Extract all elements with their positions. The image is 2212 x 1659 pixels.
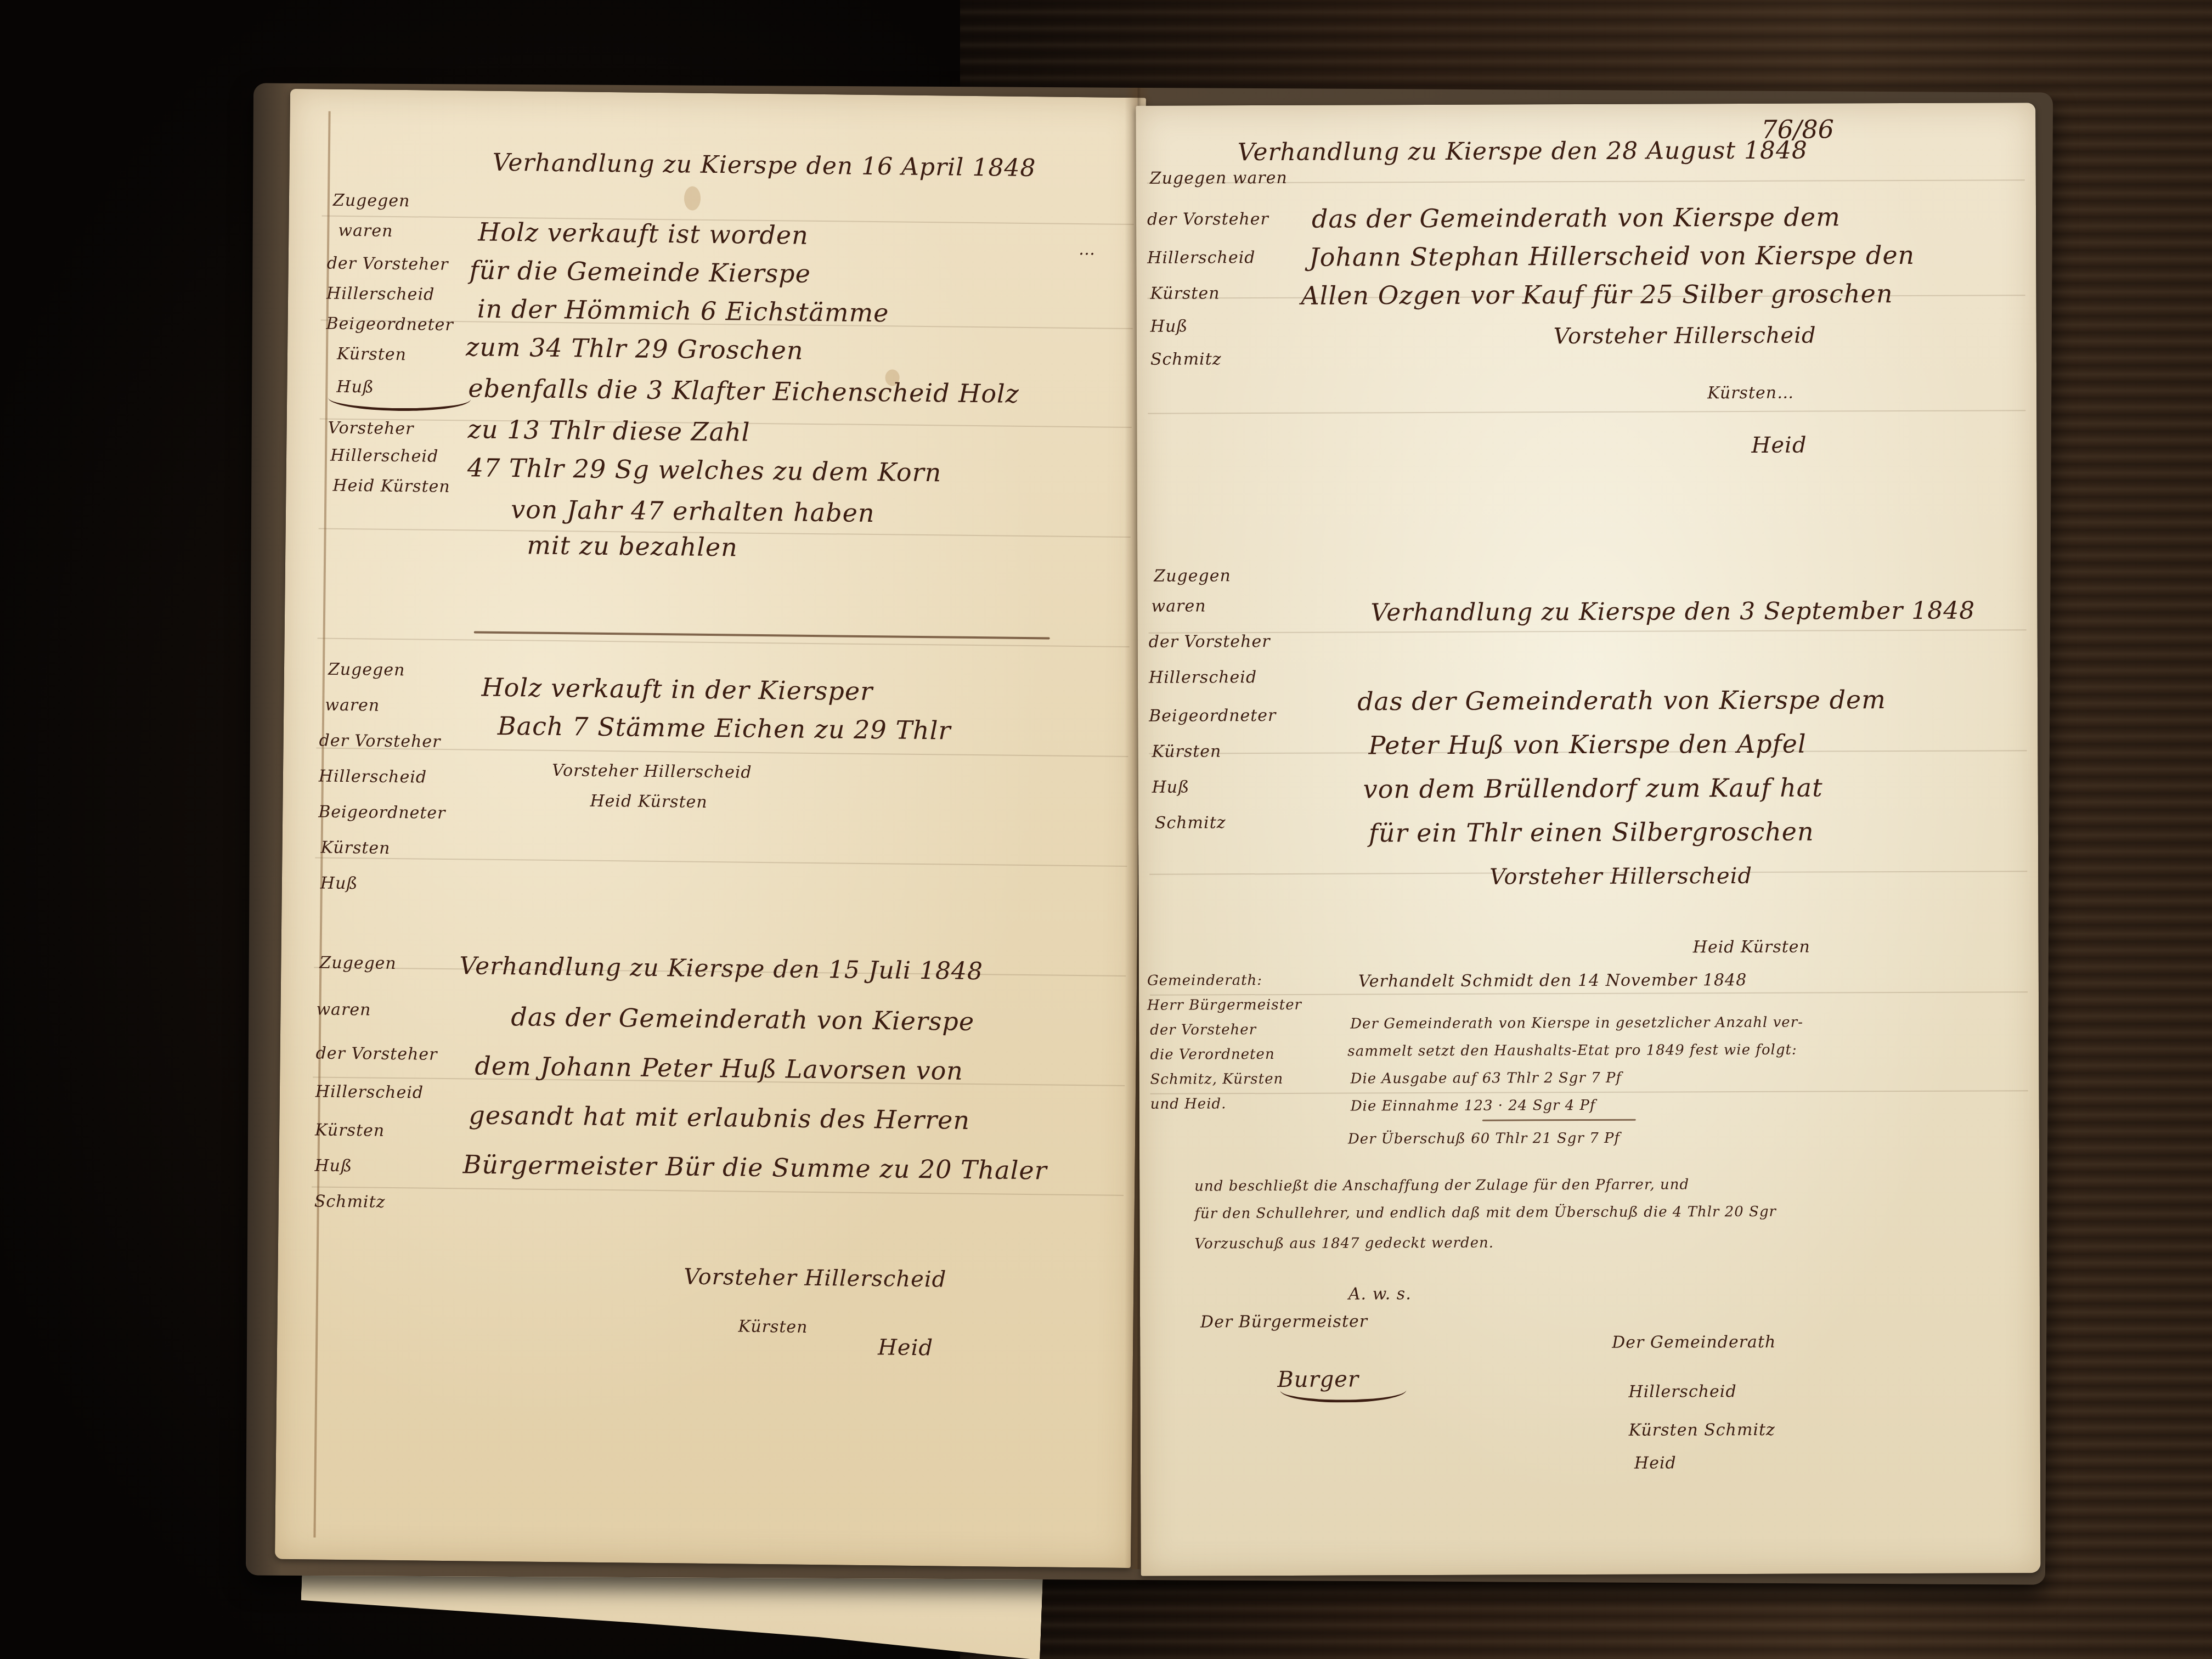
ruled-line	[318, 637, 1130, 647]
entry-line: Holz verkauft in der Kiersper	[481, 673, 873, 706]
margin-note: Kürsten	[320, 838, 390, 858]
margin-note: der Vorsteher	[1150, 1022, 1256, 1039]
margin-note: Zugegen	[328, 660, 405, 680]
margin-note: Kürsten	[1150, 284, 1220, 303]
margin-note: Huß	[314, 1156, 352, 1176]
margin-note: Hillerscheid	[1147, 248, 1255, 268]
right-page: 76/86 Verhandlung zu Kierspe den 28 Augu…	[1136, 103, 2040, 1576]
margin-note: Beigeordneter	[326, 314, 454, 335]
signature: Kürsten…	[1707, 383, 1794, 403]
signature: Vorsteher Hillerscheid	[552, 761, 752, 782]
margin-note: Hillerscheid	[326, 284, 435, 304]
signature: Heid Kürsten	[1693, 938, 1810, 957]
left-page: Verhandlung zu Kierspe den 16 April 1848…	[275, 89, 1146, 1568]
entry-line: zum 34 Thlr 29 Groschen	[466, 332, 804, 365]
entry-line: ebenfalls die 3 Klafter Eichenscheid Hol…	[468, 373, 1019, 409]
entry-line: von Jahr 47 erhalten haben	[511, 494, 875, 528]
entry-line: dem Johann Peter Huß Lavorsen von	[475, 1051, 963, 1086]
margin-signature: Heid Kürsten	[332, 476, 450, 496]
margin-note: Zugegen waren	[1150, 168, 1288, 188]
margin-note: Kürsten	[315, 1120, 385, 1140]
signature: Kürsten	[738, 1317, 808, 1337]
entry-line: Bürgermeister Bür die Summe zu 20 Thaler	[462, 1149, 1047, 1185]
signature: Heid	[878, 1335, 933, 1361]
signature: Vorsteher Hillerscheid	[684, 1265, 946, 1293]
entry-line: Bach 7 Stämme Eichen zu 29 Thlr	[498, 711, 951, 746]
paper-stain	[684, 186, 701, 210]
margin-note: Huß	[1150, 317, 1188, 336]
margin-note: Hillerscheid	[319, 767, 427, 787]
entry-line: und beschließt die Anschaffung der Zulag…	[1194, 1176, 1689, 1194]
entry-divider	[474, 631, 1050, 639]
entry-line: Holz verkauft ist worden	[478, 217, 809, 250]
signature-council: Heid	[1634, 1453, 1677, 1472]
entry-line: gesandt hat mit erlaubnis des Herren	[469, 1100, 970, 1135]
margin-note: Schmitz	[314, 1192, 386, 1211]
margin-note: Schmitz	[1150, 349, 1222, 369]
entry-heading: Verhandlung zu Kierspe den 16 April 1848	[492, 149, 1036, 182]
signature-title-mayor: Der Bürgermeister	[1200, 1312, 1368, 1331]
entry-heading: Verhandlung zu Kierspe den 3 September 1…	[1370, 597, 1975, 627]
entry-line: Peter Huß von Kierspe den Apfel	[1368, 729, 1806, 760]
signature: Vorsteher Hillerscheid	[1489, 864, 1752, 890]
margin-note: der Vorsteher	[319, 731, 441, 752]
entry-line: mit zu bezahlen	[527, 530, 738, 562]
entry-line: von dem Brüllendorf zum Kauf hat	[1363, 773, 1823, 804]
margin-note: Beigeordneter	[318, 803, 446, 823]
margin-note: Huß	[1152, 778, 1190, 797]
margin-note: Zugegen	[1154, 566, 1231, 585]
ruled-line	[1150, 1090, 2028, 1094]
margin-note: Schmitz	[1155, 813, 1226, 832]
ruled-line	[1150, 991, 2028, 996]
entry-heading: Verhandlung zu Kierspe den 15 Juli 1848	[459, 952, 983, 985]
margin-note: Herr Bürgermeister	[1147, 997, 1302, 1014]
closing-formula: A. w. s.	[1348, 1284, 1412, 1304]
margin-note: Huß	[320, 874, 358, 894]
entry-line: für die Gemeinde Kierspe	[469, 255, 811, 289]
budget-line-income: Die Einnahme 123 · 24 Sgr 4 Pf	[1351, 1097, 1596, 1115]
margin-note: Hillerscheid	[315, 1082, 424, 1102]
budget-line-expenses: Die Ausgabe auf 63 Thlr 2 Sgr 7 Pf	[1350, 1070, 1622, 1087]
ruled-line	[312, 1186, 1124, 1195]
entry-line: Johann Stephan Hillerscheid von Kierspe …	[1309, 240, 1915, 272]
margin-note: und Heid.	[1150, 1096, 1227, 1112]
entry-line: das der Gemeinderath von Kierspe	[511, 1002, 974, 1036]
aside-mark: …	[1079, 240, 1096, 259]
margin-note: Kürsten	[337, 345, 407, 364]
margin-note: waren	[325, 696, 380, 715]
margin-note: Zugegen	[319, 953, 397, 973]
entry-line: Allen Ozgen vor Kauf für 25 Silber grosc…	[1301, 279, 1893, 311]
entry-heading: Verhandlung zu Kierspe den 28 August 184…	[1238, 137, 1808, 167]
flourish-stroke	[328, 386, 471, 412]
signature-council: Hillerscheid	[1628, 1382, 1736, 1402]
margin-signature: Hillerscheid	[330, 446, 438, 466]
entry-line: das der Gemeinderath von Kierspe dem	[1357, 685, 1886, 716]
entry-line: Der Gemeinderath von Kierspe in gesetzli…	[1350, 1014, 1803, 1032]
sum-underline	[1482, 1119, 1636, 1121]
ruled-line	[1149, 629, 2027, 634]
margin-note: Gemeinderath:	[1147, 972, 1262, 989]
entry-line: sammelt setzt den Haushalts-Etat pro 184…	[1347, 1042, 1797, 1060]
signature-council: Kürsten Schmitz	[1629, 1420, 1775, 1440]
margin-note: der Vorsteher	[1149, 632, 1271, 652]
margin-note: Kürsten	[1152, 742, 1221, 761]
margin-note: waren	[1151, 596, 1206, 616]
margin-note: waren	[338, 221, 393, 241]
entry-line: für ein Thlr einen Silbergroschen	[1369, 817, 1814, 848]
signature: Vorsteher Hillerscheid	[1554, 323, 1816, 349]
entry-line: zu 13 Thlr diese Zahl	[467, 414, 750, 447]
margin-note: der Vorsteher	[315, 1043, 437, 1064]
entry-line: 47 Thlr 29 Sg welches zu dem Korn	[467, 453, 942, 487]
entry-line: in der Hömmich 6 Eichstämme	[477, 294, 889, 328]
margin-note: Hillerscheid	[1149, 668, 1257, 687]
entry-line: für den Schullehrer, und endlich daß mit…	[1194, 1204, 1776, 1222]
ruled-line	[315, 857, 1127, 866]
signature: Heid	[1751, 433, 1807, 458]
entry-heading: Verhandelt Schmidt den 14 November 1848	[1358, 970, 1747, 991]
margin-note: Beigeordneter	[1149, 706, 1276, 726]
flourish-stroke	[1280, 1378, 1406, 1403]
margin-note: Schmitz, Kürsten	[1150, 1071, 1283, 1088]
margin-note: der Vorsteher	[327, 254, 449, 274]
entry-line: Vorzuschuß aus 1847 gedeckt werden.	[1195, 1235, 1494, 1252]
ruled-line	[1148, 410, 2025, 414]
margin-note: die Verordneten	[1150, 1046, 1274, 1063]
budget-line-surplus: Der Überschuß 60 Thlr 21 Sgr 7 Pf	[1348, 1130, 1620, 1148]
signature-title-council: Der Gemeinderath	[1612, 1333, 1776, 1352]
signature: Heid Kürsten	[590, 792, 708, 812]
margin-note: Zugegen	[333, 191, 410, 211]
margin-note: waren	[316, 1000, 371, 1019]
margin-signature: Vorsteher	[328, 419, 414, 439]
margin-note: der Vorsteher	[1147, 210, 1269, 229]
entry-line: das der Gemeinderath von Kierspe dem	[1312, 202, 1841, 233]
